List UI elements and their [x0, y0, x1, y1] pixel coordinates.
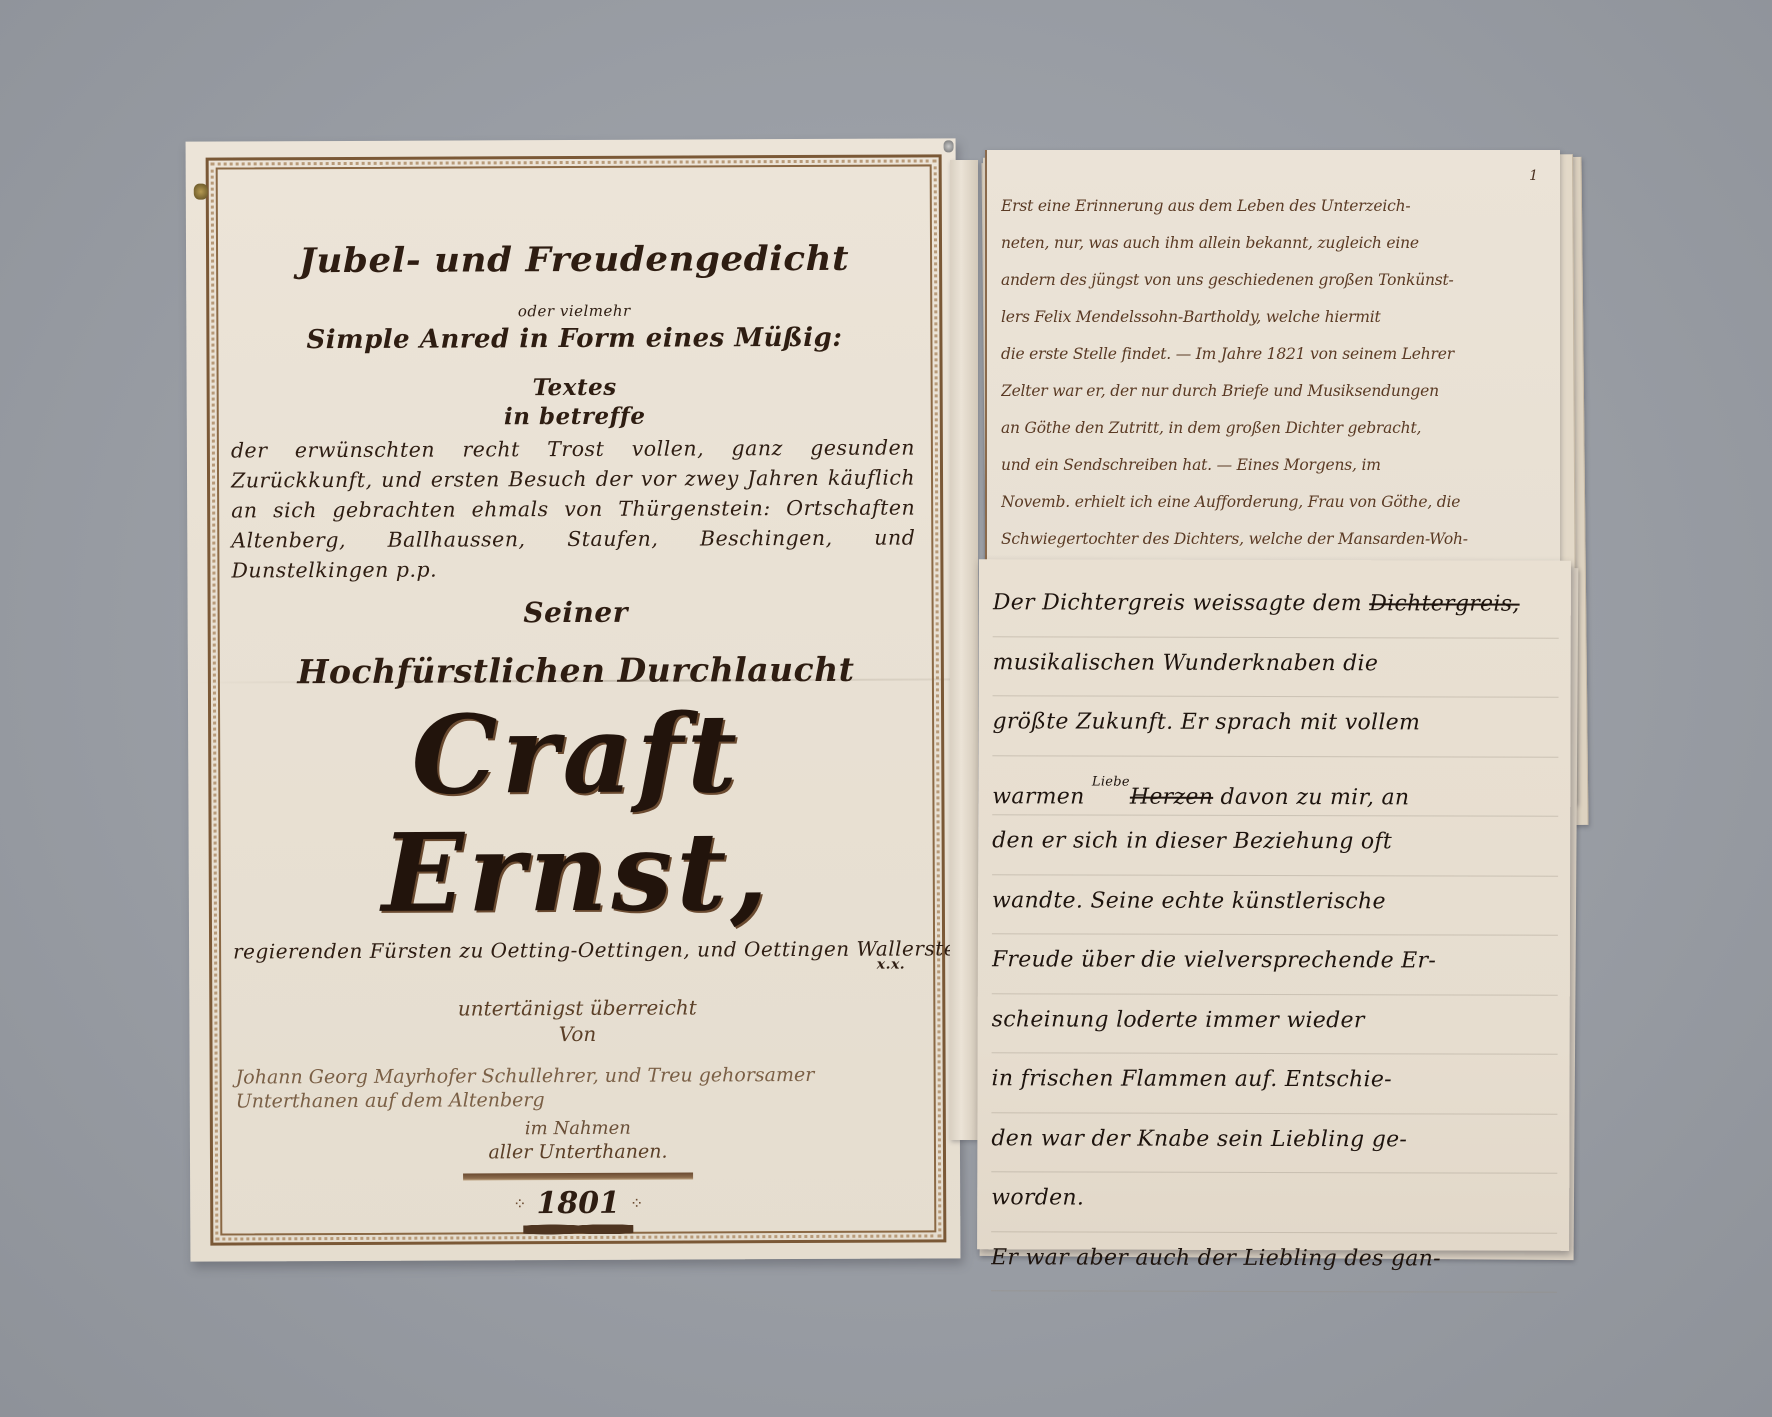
dot-ornament-icon: ⁘ [513, 1194, 526, 1213]
prince-name: Craft Ernst, [228, 694, 925, 933]
manuscript-line: wandte. Seine echte künstlerische [992, 875, 1558, 936]
regarding-label: in betreffe [227, 401, 923, 431]
manuscript-page-1: 1 Erst eine Erinnerung aus dem Leben des… [985, 150, 1560, 570]
document-year: 1801 [536, 1186, 620, 1221]
prince-title-line: regierenden Fürsten zu Oetting-Oettingen… [229, 936, 925, 963]
honorific-title: Hochfürstlichen Durchlaucht [228, 649, 924, 691]
manuscript-line: andern des jüngst von uns geschiedenen g… [1001, 262, 1550, 299]
poem-title: Jubel- und Freudengedicht [209, 238, 940, 281]
manuscript-line: worden. [991, 1172, 1557, 1233]
brass-pin-icon [194, 184, 208, 200]
manuscript-line: und ein Sendschreiben hat. — Eines Morge… [1001, 447, 1550, 484]
manuscript-page-2-text: Der Dichtergreis weissagte dem Dichtergr… [991, 577, 1559, 1292]
binding-spine [950, 160, 978, 1140]
von-label: Von [229, 1020, 925, 1047]
manuscript-line: größte Zukunft. Er sprach mit vollem [992, 696, 1558, 757]
seiner-label: Seiner [228, 594, 924, 630]
on-behalf-label: im Nahmen [230, 1116, 926, 1140]
manuscript-line: an Göthe den Zutritt, in dem großen Dich… [1001, 410, 1550, 447]
poem-subtitle: Simple Anred in Form eines Müßig: [226, 322, 922, 355]
decorative-rule [463, 1172, 693, 1180]
manuscript-line: den er sich in dieser Beziehung oft [992, 815, 1558, 876]
manuscript-line: lers Felix Mendelssohn-Bartholdy, welche… [1001, 299, 1550, 336]
author-line-1: Johann Georg Mayrhofer Schullehrer, und … [236, 1062, 926, 1089]
flourish-ornament-icon [523, 1221, 633, 1235]
manuscript-line: neten, nur, was auch ihm allein bekannt,… [1001, 225, 1550, 262]
poem-subtitle-connector: oder vielmehr [226, 300, 922, 321]
manuscript-line: Freude über die vielversprechende Er- [992, 934, 1558, 995]
manuscript-line: warmen LiebeHerzen davon zu mir, an [992, 756, 1558, 817]
manuscript-line: den war der Knabe sein Liebling ge- [991, 1113, 1557, 1174]
texts-label: Textes [227, 372, 923, 402]
dot-ornament-icon: ⁘ [630, 1194, 643, 1213]
manuscript-line: scheinung loderte immer wieder [992, 994, 1558, 1055]
author-attribution: Johann Georg Mayrhofer Schullehrer, und … [230, 1062, 926, 1113]
manuscript-line: Zelter war er, der nur durch Briefe und … [1001, 373, 1550, 410]
title-page-text: Jubel- und Freudengedicht oder vielmehr … [226, 238, 926, 1236]
manuscript-line: die erste Stelle findet. — Im Jahre 1821… [1001, 336, 1550, 373]
manuscript-page-1-text: Erst eine Erinnerung aus dem Leben des U… [1001, 188, 1550, 570]
manuscript-line: Schwiegertochter des Dichters, welche de… [1001, 521, 1550, 558]
dedication-paragraph: der erwünschten recht Trost vollen, ganz… [227, 432, 924, 585]
manuscript-line: Der Dichtergreis weissagte dem Dichtergr… [993, 577, 1559, 638]
manuscript-line: Er war aber auch der Liebling des gan- [991, 1232, 1557, 1293]
manuscript-line: Erst eine Erinnerung aus dem Leben des U… [1001, 188, 1550, 225]
manuscript-line: Novemb. erhielt ich eine Aufforderung, F… [1001, 484, 1550, 521]
page-number: 1 [1529, 168, 1538, 184]
presented-by-label: untertänigst überreicht [229, 994, 925, 1021]
struck-word: Herzen [1130, 784, 1213, 809]
staple-icon [944, 140, 954, 152]
date-row: ⁘ 1801 ⁘ [230, 1184, 926, 1222]
inserted-correction: Liebe [1092, 774, 1130, 789]
all-subjects-label: aller Unterthanen. [230, 1139, 926, 1164]
manuscript-page-2: Der Dichtergreis weissagte dem Dichtergr… [977, 559, 1571, 1251]
manuscript-line: musikalischen Wunderknaben die [993, 637, 1559, 698]
author-line-2: Unterthanen auf dem Altenberg [236, 1086, 926, 1113]
struck-word: Dichtergreis, [1369, 591, 1519, 616]
manuscript-line: in frischen Flammen auf. Entschie- [991, 1053, 1557, 1114]
title-page-document: Jubel- und Freudengedicht oder vielmehr … [186, 138, 961, 1261]
